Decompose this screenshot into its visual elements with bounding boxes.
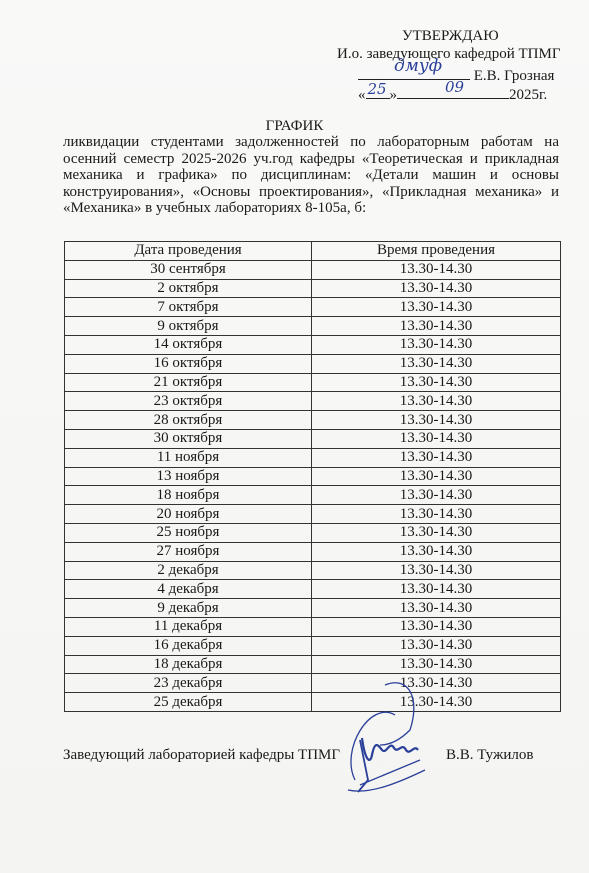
header-time: Время проведения	[312, 242, 561, 261]
table-row: 16 октября13.30-14.30	[65, 354, 561, 373]
table-row: 27 ноября13.30-14.30	[65, 542, 561, 561]
date-cell: 13 ноября	[65, 467, 312, 486]
time-cell: 13.30-14.30	[312, 561, 561, 580]
time-cell: 13.30-14.30	[312, 392, 561, 411]
document-intro: ликвидации студентами задолженностей по …	[63, 134, 559, 217]
date-cell: 2 октября	[65, 279, 312, 298]
table-row: 11 декабря13.30-14.30	[65, 617, 561, 636]
date-day: 25	[368, 80, 387, 99]
table-row: 25 ноября13.30-14.30	[65, 523, 561, 542]
date-cell: 28 октября	[65, 411, 312, 430]
time-cell: 13.30-14.30	[312, 580, 561, 599]
date-cell: 20 ноября	[65, 505, 312, 524]
date-cell: 2 декабря	[65, 561, 312, 580]
time-cell: 13.30-14.30	[312, 448, 561, 467]
date-cell: 9 октября	[65, 317, 312, 336]
time-cell: 13.30-14.30	[312, 373, 561, 392]
time-cell: 13.30-14.30	[312, 354, 561, 373]
approver-signature: дмуф	[394, 57, 442, 76]
supervisor-name: В.В. Тужилов	[446, 747, 533, 764]
time-cell: 13.30-14.30	[312, 617, 561, 636]
date-open-quote: «	[358, 87, 366, 103]
date-cell: 30 сентября	[65, 260, 312, 279]
time-cell: 13.30-14.30	[312, 467, 561, 486]
table-row: 30 октября13.30-14.30	[65, 429, 561, 448]
table-row: 4 декабря13.30-14.30	[65, 580, 561, 599]
table-row: 30 сентября13.30-14.30	[65, 260, 561, 279]
table-row: 7 октября13.30-14.30	[65, 298, 561, 317]
header-date: Дата проведения	[65, 242, 312, 261]
approval-date: «25»092025г.	[358, 84, 547, 105]
schedule-table: Дата проведения Время проведения 30 сент…	[64, 241, 561, 712]
document-heading: ГРАФИК	[0, 118, 589, 135]
time-cell: 13.30-14.30	[312, 636, 561, 655]
table-row: 2 октября13.30-14.30	[65, 279, 561, 298]
time-cell: 13.30-14.30	[312, 411, 561, 430]
table-row: 11 ноября13.30-14.30	[65, 448, 561, 467]
date-month: 09	[445, 78, 464, 97]
table-row: 9 октября13.30-14.30	[65, 317, 561, 336]
time-cell: 13.30-14.30	[312, 429, 561, 448]
time-cell: 13.30-14.30	[312, 599, 561, 618]
table-row: 21 октября13.30-14.30	[65, 373, 561, 392]
table-row: 13 ноября13.30-14.30	[65, 467, 561, 486]
table-row: 23 октября13.30-14.30	[65, 392, 561, 411]
date-cell: 18 декабря	[65, 655, 312, 674]
date-cell: 30 октября	[65, 429, 312, 448]
table-row: 9 декабря13.30-14.30	[65, 599, 561, 618]
time-cell: 13.30-14.30	[312, 486, 561, 505]
time-cell: 13.30-14.30	[312, 298, 561, 317]
date-cell: 27 ноября	[65, 542, 312, 561]
table-row: 20 ноября13.30-14.30	[65, 505, 561, 524]
date-cell: 18 ноября	[65, 486, 312, 505]
date-cell: 9 декабря	[65, 599, 312, 618]
time-cell: 13.30-14.30	[312, 523, 561, 542]
date-cell: 7 октября	[65, 298, 312, 317]
time-cell: 13.30-14.30	[312, 335, 561, 354]
table-header-row: Дата проведения Время проведения	[65, 242, 561, 261]
supervisor-role: Заведующий лабораторией кафедры ТПМГ	[63, 747, 340, 764]
date-day-blank: 25	[366, 84, 390, 99]
time-cell: 13.30-14.30	[312, 317, 561, 336]
approver-position: И.о. заведующего кафедрой ТПМГ	[337, 45, 561, 64]
approver-name: Е.В. Грозная	[474, 68, 555, 84]
time-cell: 13.30-14.30	[312, 260, 561, 279]
date-cell: 21 октября	[65, 373, 312, 392]
time-cell: 13.30-14.30	[312, 279, 561, 298]
time-cell: 13.30-14.30	[312, 542, 561, 561]
date-cell: 23 декабря	[65, 674, 312, 693]
date-cell: 25 декабря	[65, 693, 312, 712]
time-cell: 13.30-14.30	[312, 505, 561, 524]
date-cell: 23 октября	[65, 392, 312, 411]
date-month-blank: 09	[397, 84, 509, 99]
table-row: 16 декабря13.30-14.30	[65, 636, 561, 655]
table-row: 18 ноября13.30-14.30	[65, 486, 561, 505]
schedule-rows: 30 сентября13.30-14.302 октября13.30-14.…	[65, 260, 561, 711]
approval-title: УТВЕРЖДАЮ	[402, 27, 499, 46]
table-row: 28 октября13.30-14.30	[65, 411, 561, 430]
date-cell: 11 декабря	[65, 617, 312, 636]
date-cell: 4 декабря	[65, 580, 312, 599]
date-cell: 11 ноября	[65, 448, 312, 467]
supervisor-signature	[300, 660, 480, 810]
date-year: 2025г.	[509, 87, 547, 103]
table-row: 2 декабря13.30-14.30	[65, 561, 561, 580]
date-close-quote: »	[390, 87, 398, 103]
date-cell: 16 октября	[65, 354, 312, 373]
date-cell: 25 ноября	[65, 523, 312, 542]
document-page: УТВЕРЖДАЮ И.о. заведующего кафедрой ТПМГ…	[0, 0, 589, 873]
table-row: 14 октября13.30-14.30	[65, 335, 561, 354]
date-cell: 16 декабря	[65, 636, 312, 655]
date-cell: 14 октября	[65, 335, 312, 354]
